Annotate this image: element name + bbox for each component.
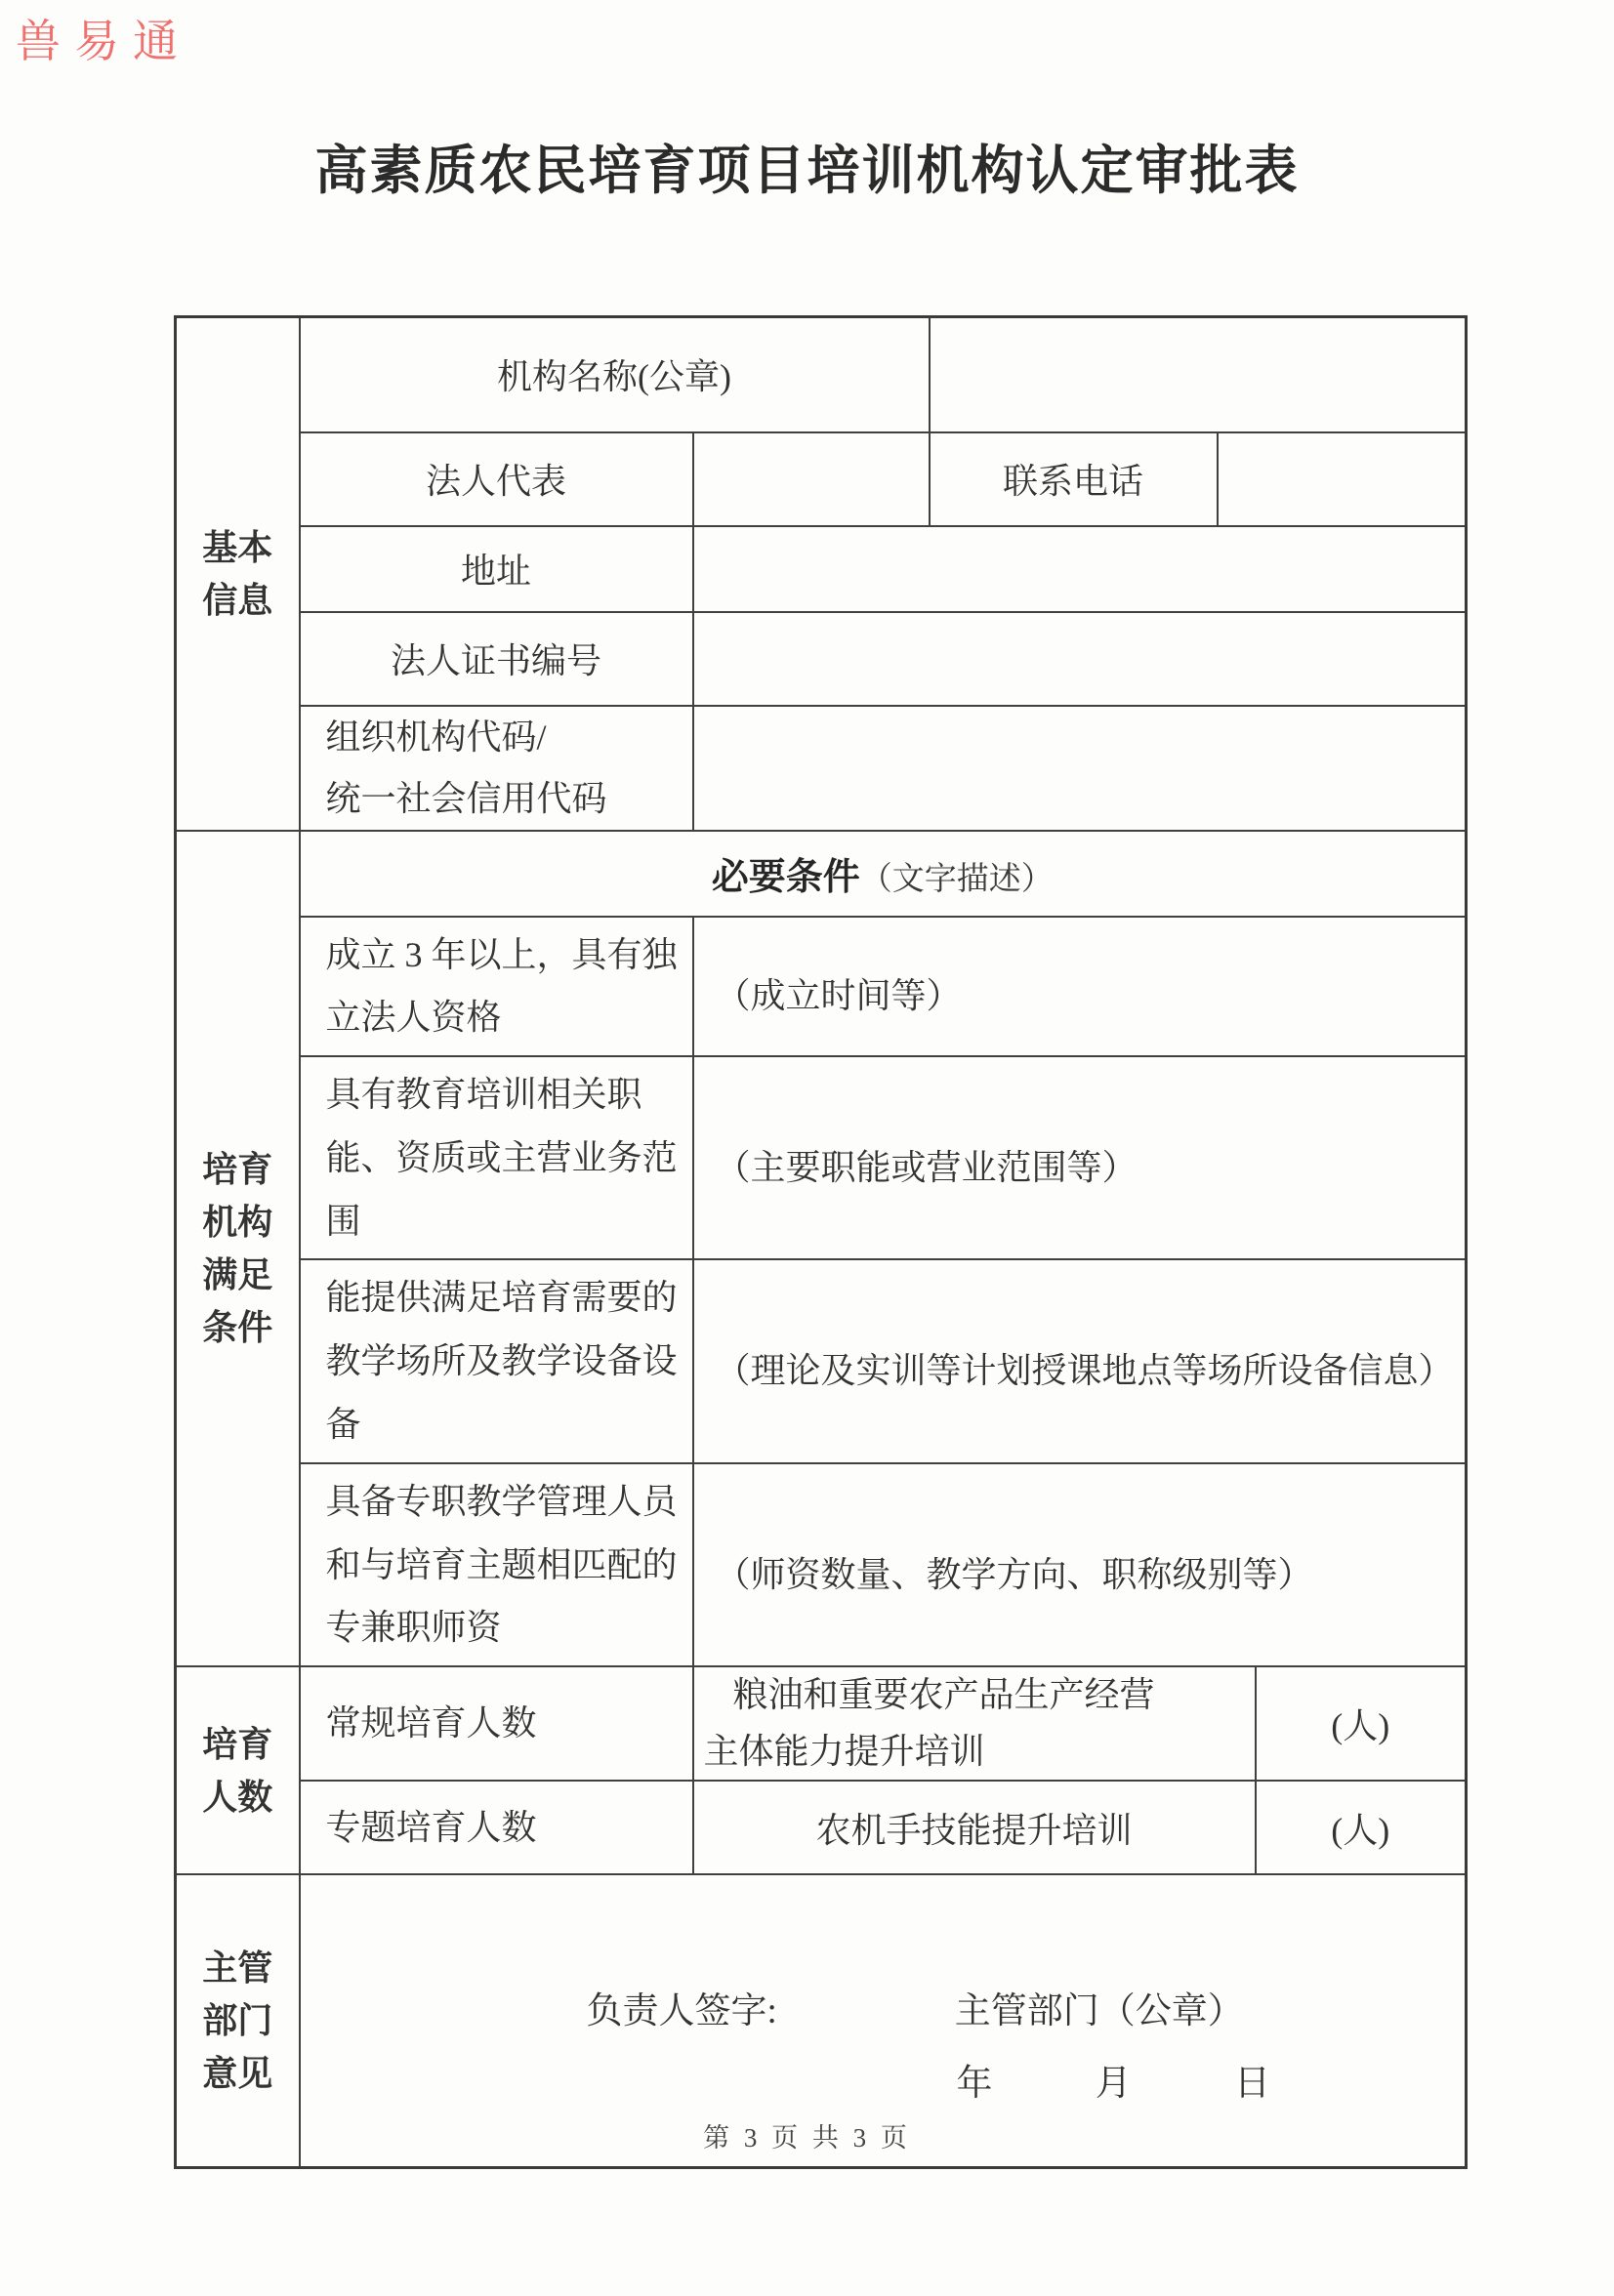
row-condition-4: 具备专职教学管理人员和与培育主题相匹配的专兼职师资 （师资数量、教学方向、职称级… bbox=[176, 1463, 1467, 1666]
condition-1-hint: （成立时间等） bbox=[693, 917, 1467, 1057]
condition-1-requirement: 成立 3 年以上，具有独立法人资格 bbox=[300, 917, 693, 1057]
row-condition-2: 具有教育培训相关职能、资质或主营业务范围 （主要职能或营业范围等） bbox=[176, 1056, 1467, 1259]
regular-program-text: 粮油和重要农产品生产经营 主体能力提升培训 bbox=[694, 1667, 1155, 1780]
regular-trainees-unit-cell: (人) bbox=[1256, 1666, 1467, 1781]
authority-date-line: 年 月 日 bbox=[957, 2053, 1466, 2106]
special-trainees-unit-cell: (人) bbox=[1256, 1781, 1467, 1874]
address-label-cell: 地址 bbox=[300, 526, 693, 612]
special-trainees-program-cell: 农机手技能提升培训 bbox=[693, 1781, 1256, 1874]
cert-no-label-cell: 法人证书编号 bbox=[300, 612, 693, 706]
date-day-label: 日 bbox=[1234, 2064, 1270, 2104]
regular-program-line1: 粮油和重要农产品生产经营 bbox=[704, 1667, 1155, 1724]
date-year-label: 年 bbox=[957, 2064, 993, 2104]
row-condition-3: 能提供满足培育需要的教学场所及教学设备设备 （理论及实训等计划授课地点等场所设备… bbox=[176, 1259, 1467, 1462]
row-regular-trainees: 培育 人数 常规培育人数 粮油和重要农产品生产经营 主体能力提升培训 (人) bbox=[176, 1666, 1467, 1781]
row-condition-1: 成立 3 年以上，具有独立法人资格 （成立时间等） bbox=[176, 917, 1467, 1057]
row-cert-no: 法人证书编号 bbox=[176, 612, 1467, 706]
regular-trainees-label-cell: 常规培育人数 bbox=[300, 1666, 693, 1781]
regular-program-line2: 主体能力提升培训 bbox=[704, 1724, 1155, 1781]
shou-yi-tong-watermark: 兽易通 bbox=[16, 6, 191, 70]
row-address: 地址 bbox=[176, 526, 1467, 612]
org-code-label-cell: 组织机构代码/ 统一社会信用代码 bbox=[300, 706, 693, 831]
section-conditions: 培育 机构 满足 条件 bbox=[176, 831, 300, 1667]
phone-value-cell bbox=[1218, 432, 1467, 526]
conditions-header-note: （文字描述） bbox=[860, 862, 1054, 897]
org-code-value-cell bbox=[693, 706, 1467, 831]
legal-rep-label-cell: 法人代表 bbox=[300, 432, 693, 526]
conditions-header-cell: 必要条件（文字描述） bbox=[300, 831, 1467, 917]
row-org-code: 组织机构代码/ 统一社会信用代码 bbox=[176, 706, 1467, 831]
condition-2-requirement: 具有教育培训相关职能、资质或主营业务范围 bbox=[300, 1056, 693, 1259]
cert-no-value-cell bbox=[693, 612, 1467, 706]
seal-label: 主管部门（公章） bbox=[955, 1981, 1244, 2033]
date-month-label: 月 bbox=[1096, 2064, 1132, 2104]
page-title: 高素质农民培育项目培训机构认定审批表 bbox=[0, 129, 1614, 204]
row-org-name: 基本 信息 机构名称(公章) bbox=[176, 317, 1467, 432]
condition-4-hint: （师资数量、教学方向、职称级别等） bbox=[693, 1463, 1467, 1666]
condition-3-requirement: 能提供满足培育需要的教学场所及教学设备设备 bbox=[300, 1259, 693, 1462]
section-trainee-numbers: 培育 人数 bbox=[176, 1666, 300, 1874]
regular-trainees-program-cell: 粮油和重要农产品生产经营 主体能力提升培训 bbox=[693, 1666, 1256, 1781]
row-special-trainees: 专题培育人数 农机手技能提升培训 (人) bbox=[176, 1781, 1467, 1874]
approval-form-table: 基本 信息 机构名称(公章) 法人代表 联系电话 地址 法人证书编号 组织机构代… bbox=[174, 315, 1468, 2169]
condition-2-hint: （主要职能或营业范围等） bbox=[693, 1056, 1467, 1259]
condition-4-requirement: 具备专职教学管理人员和与培育主题相匹配的专兼职师资 bbox=[300, 1463, 693, 1666]
phone-label-cell: 联系电话 bbox=[930, 432, 1218, 526]
page-number-footer: 第 3 页 共 3 页 bbox=[0, 2116, 1614, 2154]
org-name-label-cell: 机构名称(公章) bbox=[300, 317, 930, 432]
section-basic-info: 基本 信息 bbox=[176, 317, 300, 831]
authority-signature-line: 负责人签字: 主管部门（公章） bbox=[301, 1981, 1466, 2033]
row-legal-rep: 法人代表 联系电话 bbox=[176, 432, 1467, 526]
special-trainees-label-cell: 专题培育人数 bbox=[300, 1781, 693, 1874]
conditions-header-title: 必要条件 bbox=[712, 857, 860, 898]
address-value-cell bbox=[693, 526, 1467, 612]
org-name-value-cell bbox=[930, 317, 1467, 432]
legal-rep-value-cell bbox=[693, 432, 930, 526]
signer-label: 负责人签字: bbox=[587, 1981, 777, 2033]
condition-3-hint: （理论及实训等计划授课地点等场所设备信息） bbox=[693, 1259, 1467, 1462]
row-conditions-header: 培育 机构 满足 条件 必要条件（文字描述） bbox=[176, 831, 1467, 917]
authority-content: 负责人签字: 主管部门（公章） 年 月 日 bbox=[301, 1981, 1466, 2106]
